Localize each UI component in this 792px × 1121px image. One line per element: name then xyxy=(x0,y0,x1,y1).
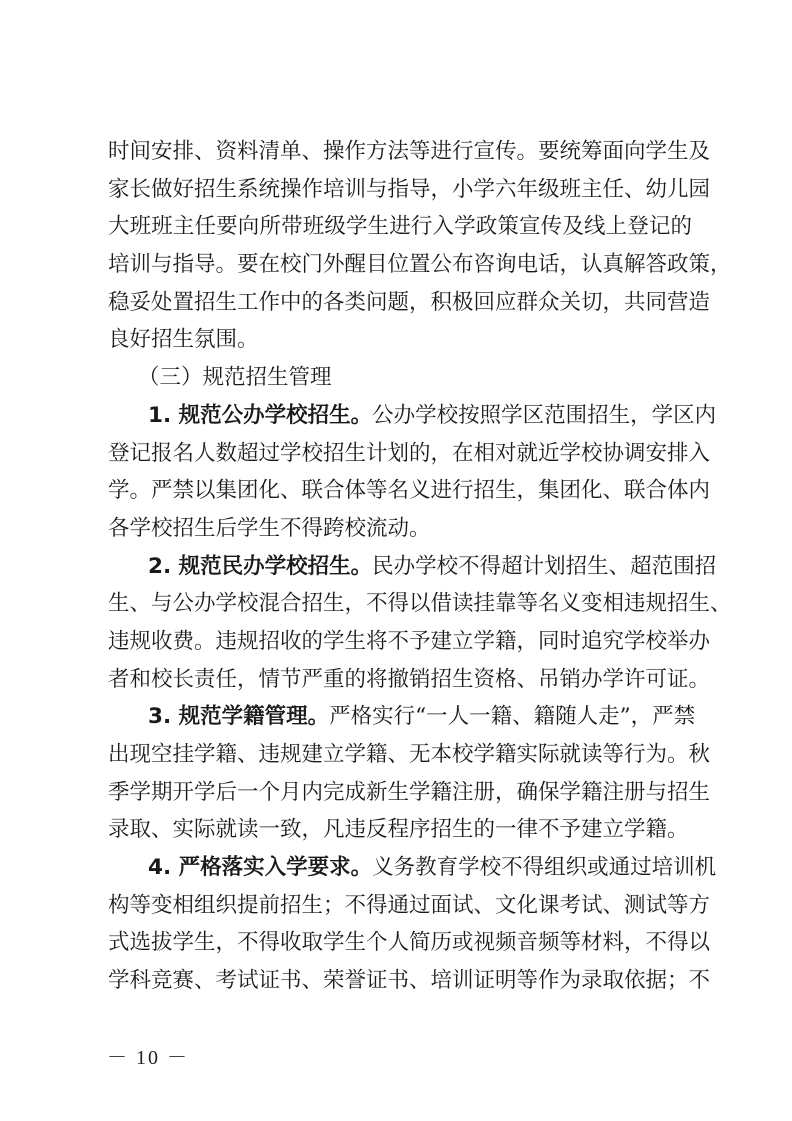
text-line: 时间安排、资料清单、操作方法等进行宣传。要统筹面向学生及 xyxy=(108,133,692,171)
item-title: 4. 严格落实入学要求。 xyxy=(148,855,372,880)
text-line: 稳妥处置招生工作中的各类问题，积极回应群众关切，共同营造 xyxy=(108,284,692,322)
text-line: 培训与指导。要在校门外醒目位置公布咨询电话，认真解答政策， xyxy=(108,246,692,284)
text-line: 登记报名人数超过学校招生计划的，在相对就近学校协调安排入 xyxy=(108,435,692,473)
text-line: 4. 严格落实入学要求。义务教育学校不得组织或通过培训机 xyxy=(108,849,692,887)
text-line: 学。严禁以集团化、联合体等名义进行招生，集团化、联合体内 xyxy=(108,472,692,510)
item-text: 义务教育学校不得组织或通过培训机 xyxy=(372,855,716,880)
text-line: 学科竞赛、考试证书、荣誉证书、培训证明等作为录取依据；不 xyxy=(108,962,692,1000)
text-line: 3. 规范学籍管理。严格实行“一人一籍、籍随人走”，严禁 xyxy=(108,698,692,736)
text-line: 构等变相组织提前招生；不得通过面试、文化课考试、测试等方 xyxy=(108,887,692,925)
paragraph-continuation: 时间安排、资料清单、操作方法等进行宣传。要统筹面向学生及 家长做好招生系统操作培… xyxy=(108,133,692,359)
page-number: － 10 － xyxy=(107,1041,189,1070)
text-line: 者和校长责任，情节严重的将撤销招生资格、吊销办学许可证。 xyxy=(108,661,692,699)
item-1-paragraph: 1. 规范公办学校招生。公办学校按照学区范围招生，学区内 登记报名人数超过学校招… xyxy=(108,397,692,548)
section-heading: （三）规范招生管理 xyxy=(108,359,692,397)
text-line: 违规收费。违规招收的学生将不予建立学籍，同时追究学校举办 xyxy=(108,623,692,661)
text-line: 生、与公办学校混合招生，不得以借读挂靠等名义变相违规招生、 xyxy=(108,585,692,623)
text-line: 1. 规范公办学校招生。公办学校按照学区范围招生，学区内 xyxy=(108,397,692,435)
text-line: 式选拔学生，不得收取学生个人简历或视频音频等材料，不得以 xyxy=(108,924,692,962)
text-line: 录取、实际就读一致，凡违反程序招生的一律不予建立学籍。 xyxy=(108,811,692,849)
text-line: 良好招生氛围。 xyxy=(108,321,692,359)
item-4-paragraph: 4. 严格落实入学要求。义务教育学校不得组织或通过培训机 构等变相组织提前招生；… xyxy=(108,849,692,1000)
item-text: 民办学校不得超计划招生、超范围招 xyxy=(372,554,716,579)
text-line: 季学期开学后一个月内完成新生学籍注册，确保学籍注册与招生 xyxy=(108,774,692,812)
item-3-paragraph: 3. 规范学籍管理。严格实行“一人一籍、籍随人走”，严禁 出现空挂学籍、违规建立… xyxy=(108,698,692,849)
item-title: 3. 规范学籍管理。 xyxy=(148,704,329,729)
item-title: 2. 规范民办学校招生。 xyxy=(148,554,372,579)
item-text: 公办学校按照学区范围招生，学区内 xyxy=(372,403,716,428)
item-text: 严格实行“一人一籍、籍随人走”，严禁 xyxy=(329,704,695,729)
text-line: 家长做好招生系统操作培训与指导，小学六年级班主任、幼儿园 xyxy=(108,171,692,209)
text-line: 各学校招生后学生不得跨校流动。 xyxy=(108,510,692,548)
text-line: 出现空挂学籍、违规建立学籍、无本校学籍实际就读等行为。秋 xyxy=(108,736,692,774)
document-body: 时间安排、资料清单、操作方法等进行宣传。要统筹面向学生及 家长做好招生系统操作培… xyxy=(108,133,692,1000)
text-line: 2. 规范民办学校招生。民办学校不得超计划招生、超范围招 xyxy=(108,548,692,586)
item-2-paragraph: 2. 规范民办学校招生。民办学校不得超计划招生、超范围招 生、与公办学校混合招生… xyxy=(108,548,692,699)
text-line: 大班班主任要向所带班级学生进行入学政策宣传及线上登记的 xyxy=(108,208,692,246)
item-title: 1. 规范公办学校招生。 xyxy=(148,403,372,428)
